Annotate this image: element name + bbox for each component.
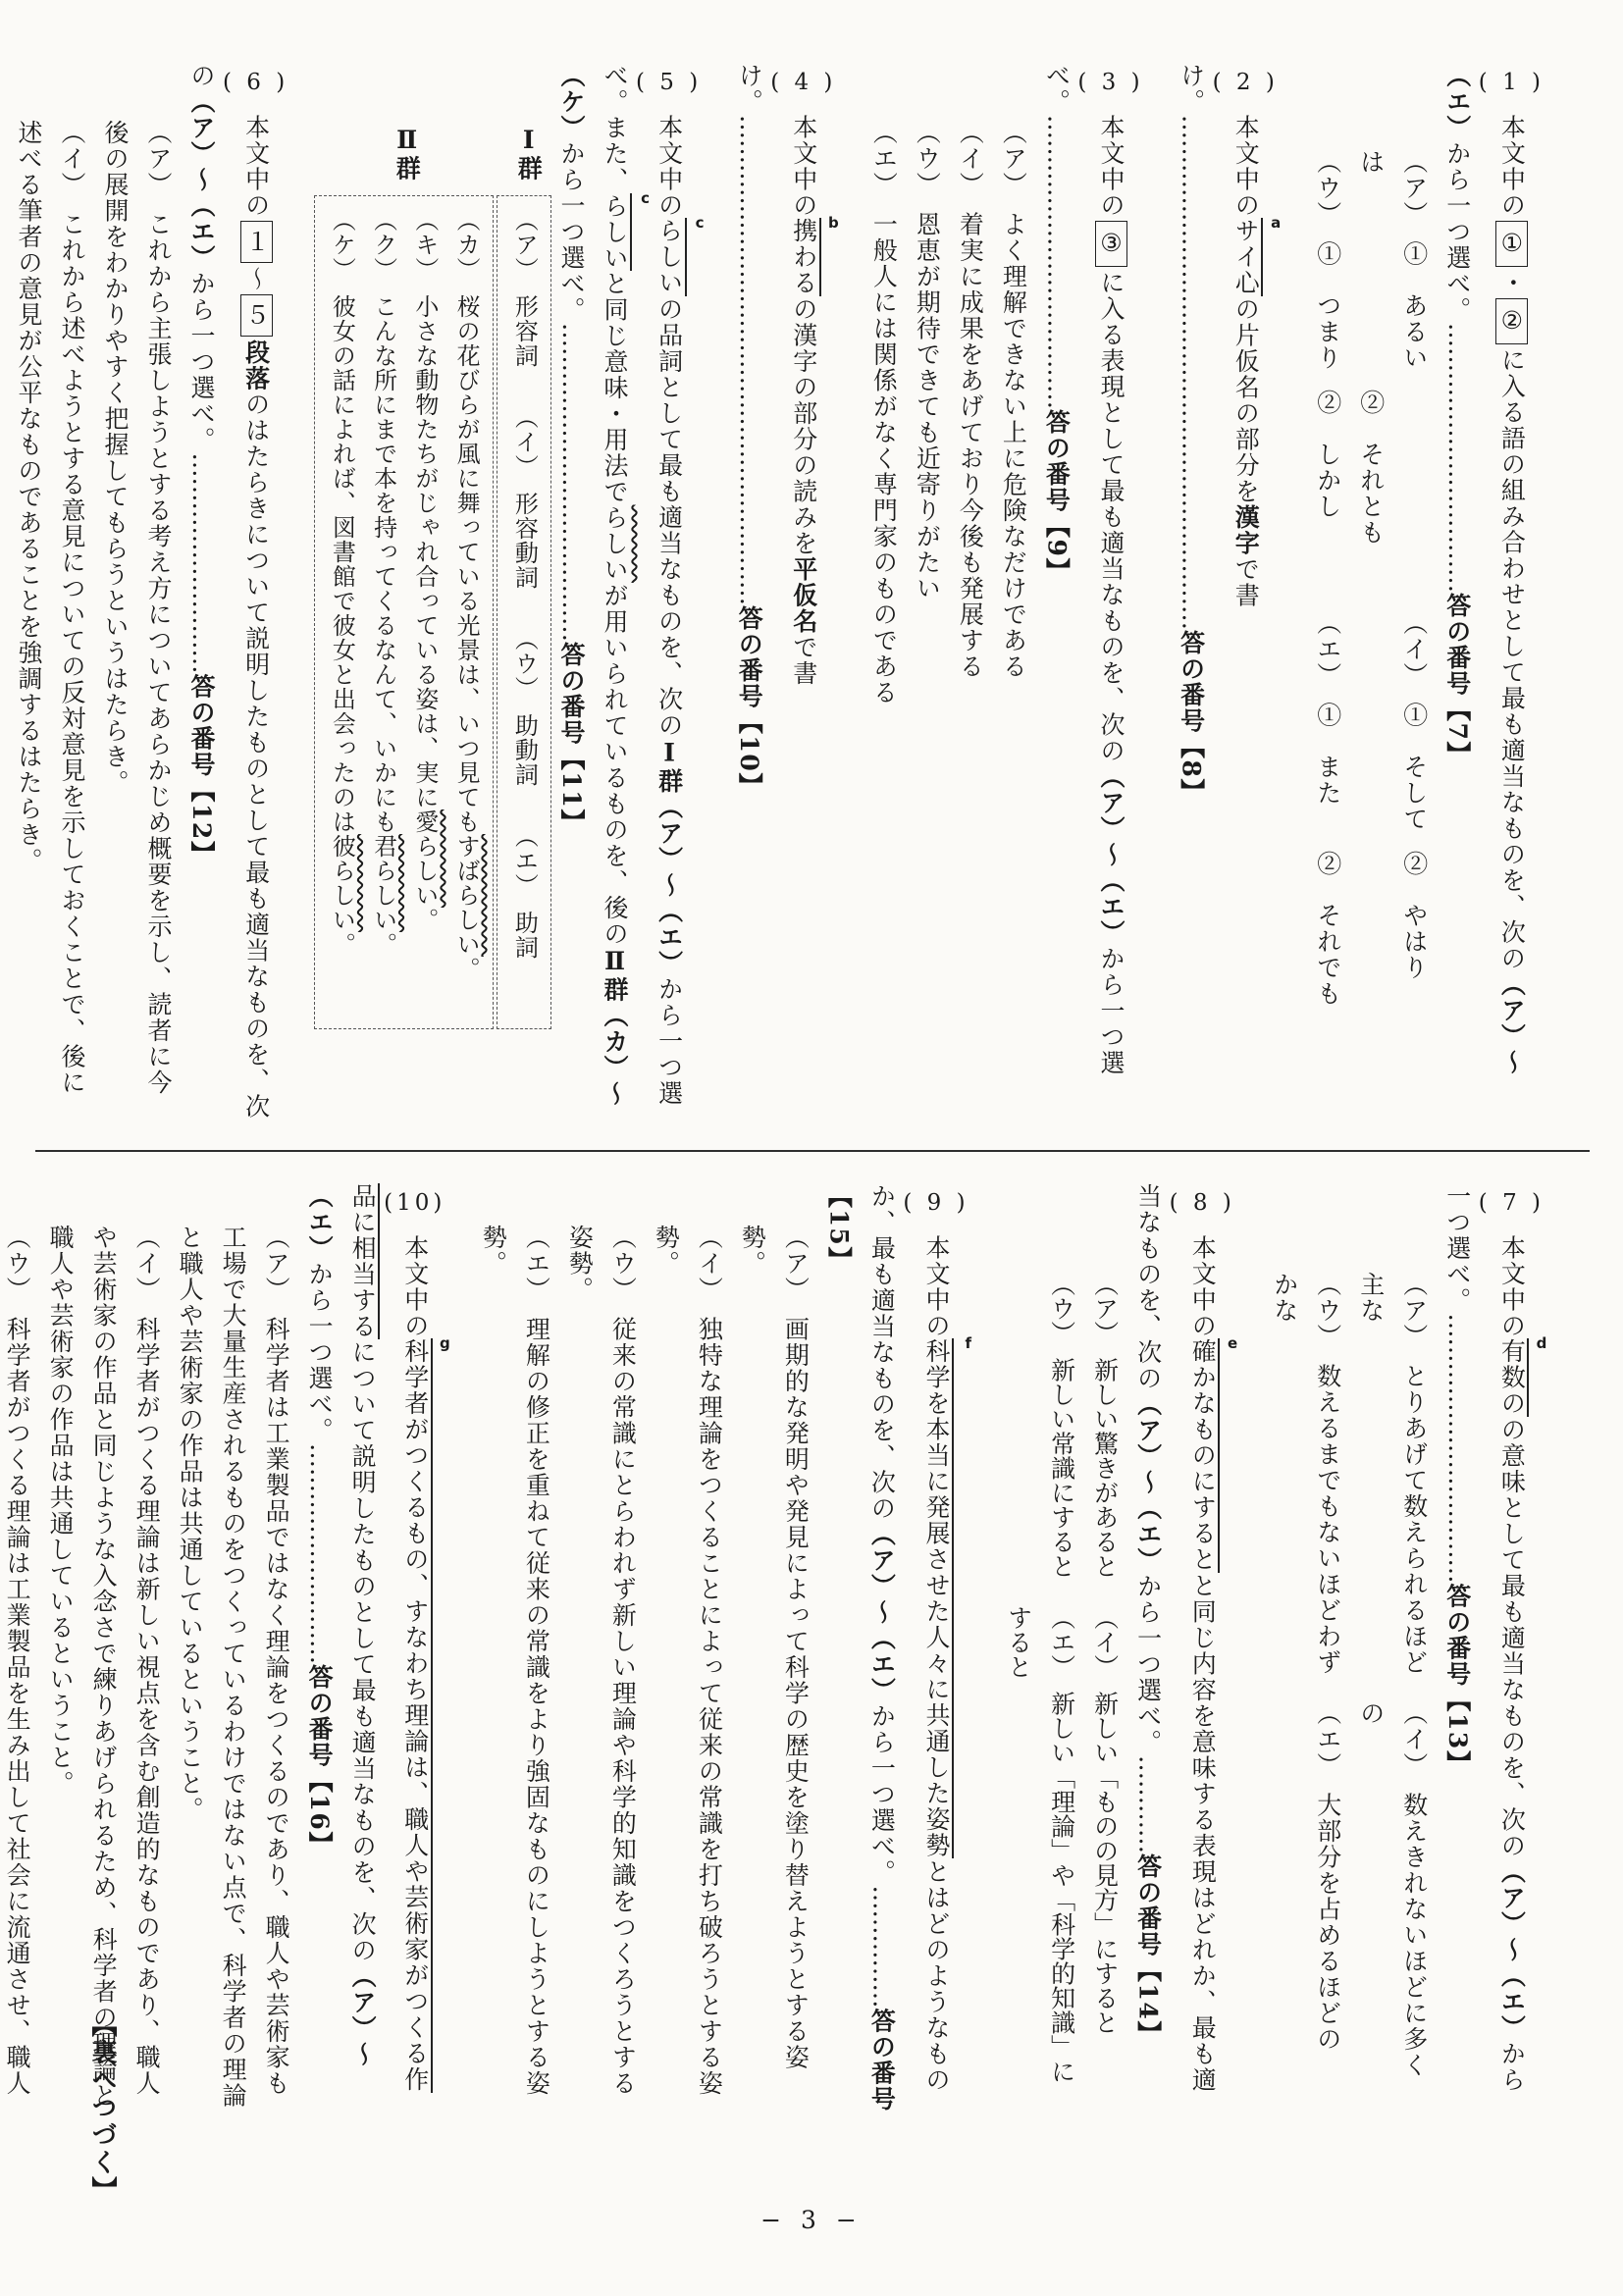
choice-range: （ア）～（エ）	[1134, 1391, 1163, 1574]
dotted-leader: ………………………………………………………	[1178, 115, 1206, 630]
statement-text: から一つ選べ。	[187, 271, 216, 453]
group-1-box: （ア） 形容詞 （イ） 形容動詞 （ウ） 助動詞 （エ） 助詞	[497, 195, 551, 1029]
question-6: ( 6 )本文中の１～５段落のはたらきについて説明したものとして最も適当なものを…	[0, 63, 288, 1121]
blank-box-2: ②	[1495, 298, 1528, 344]
dotted-leader: ……………………………………………………	[735, 115, 763, 605]
answer-number-13: 答の番号【13】	[1443, 1584, 1472, 1777]
answer-number-9: 答の番号【9】	[1042, 409, 1071, 584]
choice-range: （ア）～（エ）	[1097, 763, 1126, 946]
question-2: ( 2 )本文中のaサイ心の片仮名の部分を漢字で書け。……………………………………	[1170, 63, 1279, 1121]
dotted-leader: ……………………………	[1443, 323, 1472, 593]
option-ke: （ケ） 彼女の話によれば、図書館で彼女と出会ったのは彼らしい。	[321, 208, 362, 1017]
blank-box-3: ③	[1095, 221, 1127, 267]
question-4: ( 4 )本文中のb携わるの漢字の部分の読みを平仮名で書け。……………………………	[727, 63, 836, 1121]
option-u: （ウ） 従来の常識にとらわれず新しい理論や科学的知識をつくろうとする姿勢。	[557, 1183, 644, 2115]
statement-text: 本文中の	[242, 114, 271, 218]
group-2: Ⅱ群 （カ） 桜の花びらが風に舞っている光景は、いつ見てもすばらしい。 （キ） …	[314, 126, 498, 1029]
exam-page: ( 1 )本文中の①・②に入る語の組み合わせとして最も適当なものを、次の（ア）～…	[0, 0, 1623, 2296]
option-i: （イ） 新しい「ものの見方」にすると	[1083, 1605, 1126, 2106]
statement-text: 本文中の	[790, 114, 818, 218]
option-ka: （カ） 桜の花びらが風に舞っている光景は、いつ見てもすばらしい。	[445, 208, 487, 1017]
statement-text: に入る表現として最も適当なものを、次の	[1097, 270, 1126, 764]
option-e: （エ） 理解の修正を重ねて従来の常識をより強固なものにしようとする姿勢。	[471, 1183, 557, 2115]
top-section: ( 1 )本文中の①・②に入る語の組み合わせとして最も適当なものを、次の（ア）～…	[69, 63, 1544, 1121]
option-a: （ア） 科学者は工業製品ではなく理論をつくるのであり、職人や芸術家も工場で大量生…	[168, 1183, 297, 2115]
paragraph-box-5: ５	[240, 294, 273, 337]
question-10-number: (10)	[384, 1183, 445, 1223]
group2-ref: Ⅱ群	[601, 947, 629, 1003]
choice-range: （ア）～（エ）	[867, 1522, 896, 1704]
option-i: （イ） これから述べようとする意見についての反対意見を示しておくことで、後に述べ…	[7, 63, 93, 1121]
dotted-leader: ………………………	[305, 1443, 334, 1664]
option-i: （イ） 着実に成果をあげており今後も発展する	[948, 63, 991, 1121]
bold-word: 平仮名	[790, 556, 818, 635]
choice-range: （ア）～（エ）	[1497, 1858, 1526, 2041]
option-a: （ア） ① あるいは② それとも	[1349, 149, 1436, 610]
marked-word-c: cらしい	[655, 218, 687, 296]
statement-text: の意味として最も適当なものを、次の	[1497, 1417, 1526, 1859]
option-u: （ウ） 恩恵が期待できても近寄りがたい	[905, 63, 948, 1121]
statement-text: 本文中の	[1497, 1234, 1526, 1338]
question-10: (10)本文中のg科学者がつくるもの、すなわち理論は、職人や芸術家がつくる作品に…	[0, 1183, 445, 2115]
choice-range: （ア）～（エ）	[187, 89, 216, 272]
question-8-options: （ア） 新しい驚きがあると （イ） 新しい「ものの見方」にすると （ウ） 新しい…	[997, 1183, 1126, 2106]
marked-word-e: e確かなものにすると	[1188, 1338, 1220, 1573]
question-9-number: ( 9 )	[903, 1183, 969, 1223]
marked-word-d: d有数の	[1497, 1338, 1529, 1417]
dotted-leader: ………………………	[187, 453, 216, 674]
question-7: ( 7 )本文中のd有数のの意味として最も適当なものを、次の（ア）～（エ）から一…	[1263, 1183, 1544, 2115]
statement-text: 本文中の	[1231, 114, 1260, 218]
question-7-options: （ア） とりあげて数えられるほど主な （イ） 数えきれないほどに多くの （ウ） …	[1263, 1183, 1436, 2096]
statement-text: の漢字の部分の読みを	[790, 296, 818, 556]
question-6-number: ( 6 )	[223, 63, 288, 102]
option-e: （エ） ① また② それでも	[1306, 610, 1349, 1071]
group-2-label: Ⅱ群	[385, 126, 428, 182]
continue-note: 【裏へつづく】	[84, 2011, 121, 2204]
dotted-leader: …………………………………	[557, 323, 586, 642]
option-i: （イ） 科学者がつくる理論は新しい視点を含む創造的なものであり、職人や芸術家の作…	[38, 1183, 168, 2115]
statement-text: に入る語の組み合わせとして最も適当なものを、次の	[1497, 347, 1526, 971]
statement-text: から一つ選べ。	[305, 1262, 334, 1444]
statement-text: から一つ選べ。	[1443, 141, 1472, 324]
marked-word-b: b携わる	[790, 218, 821, 296]
question-9: ( 9 )本文中のf科学を本当に発展させた人々に共通した姿勢とはどのようなものか…	[471, 1183, 969, 2115]
statement-text: について説明したものとして最も適当なものを、次の	[348, 1339, 377, 1963]
answer-number-10: 答の番号【10】	[735, 605, 763, 799]
question-5-number: ( 5 )	[636, 63, 702, 102]
option-i: （イ） 独特な理論をつくることによって従来の常識を打ち破ろうとする姿勢。	[644, 1183, 730, 2115]
group-1: Ⅰ群 （ア） 形容詞 （イ） 形容動詞 （ウ） 助動詞 （エ） 助詞	[497, 126, 559, 1029]
question-2-number: ( 2 )	[1213, 63, 1279, 102]
option-e: （エ） 一般人には関係がなく専門家のものである	[862, 63, 905, 1121]
option-a: （ア） とりあげて数えられるほど主な	[1349, 1272, 1436, 1700]
option-u: （ウ） ① つまり② しかし	[1306, 149, 1349, 610]
statement-text: から一つ選べ。	[557, 141, 586, 324]
statement-text: の片仮名の部分を	[1231, 296, 1260, 504]
statement-text: 本文中の	[1188, 1234, 1217, 1338]
statement-text: 本文中の	[655, 114, 684, 218]
answer-number-14: 答の番号【14】	[1134, 1853, 1163, 2047]
option-a: （ア） よく理解できない上に危険なだけである	[991, 63, 1034, 1121]
bottom-section: ( 7 )本文中のd有数のの意味として最も適当なものを、次の（ア）～（エ）から一…	[69, 1183, 1544, 2115]
group-1-items: （ア） 形容詞 （イ） 形容動詞 （ウ） 助動詞 （エ） 助詞	[503, 208, 545, 1017]
dotted-leader: …………	[1134, 1755, 1163, 1853]
question-8-number: ( 8 )	[1170, 1183, 1235, 1223]
statement-text: から一つ選べ。	[867, 1703, 896, 1886]
option-u: （ウ） 数えるまでもないほどわずかな	[1263, 1272, 1349, 1700]
statement-text: が用いられているものを、後の	[601, 583, 629, 947]
question-1-options: （ア） ① あるいは② それとも （イ） ① そして② やはり （ウ） ① つま…	[1306, 63, 1436, 1071]
dotted-leader: ……………	[867, 1886, 896, 2009]
option-u: （ウ） 新しい常識にすると	[997, 1272, 1083, 1605]
bold-word: 段落	[242, 339, 271, 391]
answer-number-16: 答の番号【16】	[305, 1664, 334, 1857]
answer-number-8: 答の番号【8】	[1178, 630, 1206, 805]
section-divider	[35, 1150, 1590, 1152]
option-a: （ア） 画期的な発明や発見によって科学の歴史を塗り替えようとする姿勢。	[730, 1183, 816, 2115]
statement-text: 本文中の	[922, 1234, 951, 1338]
option-a: （ア） これから主張しようとする考え方についてあらかじめ概要を示し、読者に今後の…	[93, 63, 180, 1121]
statement-text: 本文中の	[1097, 114, 1126, 218]
group1-ref: Ⅰ群	[655, 738, 684, 794]
option-e: （エ） 新しい「理論」や「科学的知識」にすると	[997, 1605, 1083, 2106]
question-1-number: ( 1 )	[1479, 63, 1544, 102]
option-ki: （キ） 小さな動物たちがじゃれ合っている姿は、実に愛らしい。	[404, 208, 445, 1017]
wavy-word: らしい	[601, 505, 629, 584]
question-3: ( 3 )本文中の③に入る表現として最も適当なものを、次の（ア）～（エ）から一つ…	[862, 63, 1143, 1121]
option-i: （イ） 数えきれないほどに多くの	[1349, 1700, 1436, 2096]
option-e: （エ） 大部分を占めるほどの	[1263, 1700, 1349, 2096]
group-2-box: （カ） 桜の花びらが風に舞っている光景は、いつ見てもすばらしい。 （キ） 小さな…	[314, 195, 494, 1029]
option-a: （ア） 新しい驚きがあると	[1083, 1272, 1126, 1605]
option-ku: （ク） こんな所にまで本を持ってくるなんて、いかにも君らしい。	[362, 208, 403, 1017]
option-u: （ウ） 話題にしようとするテーマについての一般的な見方を初めに提示し、それとは異…	[0, 63, 7, 1121]
page-number: − 3 −	[0, 2206, 1623, 2234]
dotted-leader: ………………………………	[1042, 115, 1071, 409]
statement-text: 本文中の	[401, 1234, 430, 1338]
dotted-leader: ……………………………	[1443, 1314, 1472, 1584]
marked-word-a: aサイ心	[1231, 218, 1263, 296]
question-8: ( 8 )本文中のe確かなものにするとと同じ内容を意味する表現はどれか、最も適当…	[997, 1183, 1235, 2115]
statement-text: の品詞として最も適当なものを、次の	[655, 296, 684, 739]
paragraph-box-1: １	[240, 221, 273, 263]
answer-number-12: 答の番号【12】	[187, 674, 216, 867]
bold-word: 漢字	[1231, 504, 1260, 556]
option-i: （イ） ① そして② やはり	[1349, 610, 1436, 1071]
statement-text: と同じ意味・用法で	[601, 271, 629, 505]
statement-text: ～	[242, 266, 271, 292]
question-7-number: ( 7 )	[1479, 1183, 1544, 1223]
option-u: （ウ） 科学者がつくる理論は工業製品を生み出して社会に流通させ、職人や芸術家がつ…	[0, 1183, 38, 2115]
question-3-number: ( 3 )	[1077, 63, 1143, 102]
statement-text: から一つ選べ。	[1134, 1574, 1163, 1756]
choice-range: （ア）～（エ）	[655, 794, 684, 976]
statement-text: 本文中の	[1497, 114, 1526, 218]
answer-number-7: 答の番号【7】	[1443, 593, 1472, 767]
question-1: ( 1 )本文中の①・②に入る語の組み合わせとして最も適当なものを、次の（ア）～…	[1306, 63, 1544, 1121]
marked-word-c2: cらしい	[601, 193, 632, 272]
marked-word-f: f科学を本当に発展させた人々に共通した姿勢	[922, 1338, 954, 1858]
answer-number-11: 答の番号【11】	[557, 642, 586, 835]
question-5: ( 5 )本文中のcらしいの品詞として最も適当なものを、次のⅠ群（ア）～（エ）か…	[314, 63, 702, 1121]
group-1-label: Ⅰ群	[506, 126, 550, 182]
question-4-number: ( 4 )	[770, 63, 836, 102]
statement-text: ・	[1497, 270, 1526, 296]
blank-box-1: ①	[1495, 221, 1528, 267]
